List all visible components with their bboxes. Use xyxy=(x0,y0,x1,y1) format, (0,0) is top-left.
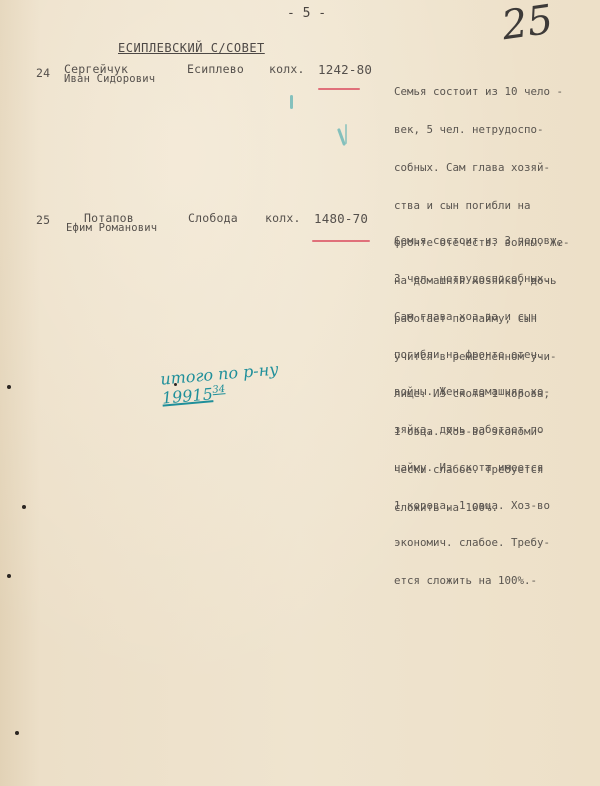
section-heading: ЕСИПЛЕВСКИЙ С/СОВЕТ xyxy=(118,41,265,55)
paper-speck xyxy=(15,731,19,735)
entry-village: Есиплево xyxy=(187,62,244,76)
entry-farm-type: колх. xyxy=(269,62,305,76)
entry-number: 25 xyxy=(36,213,50,227)
red-underline xyxy=(318,88,360,90)
entry-name-patronymic: Иван Сидорович xyxy=(64,73,155,85)
red-underline xyxy=(312,240,370,242)
entry-number: 24 xyxy=(36,66,50,80)
entry-farm-type: колх. xyxy=(265,211,301,225)
page-number: - 5 - xyxy=(287,6,326,21)
ink-mark xyxy=(290,95,293,109)
paper-speck xyxy=(7,574,11,578)
entry-village: Слобода xyxy=(188,211,238,225)
entry-amount: 1242-80 xyxy=(318,62,372,77)
paper-speck xyxy=(7,385,11,389)
entry-name-patronymic: Ефим Романович xyxy=(66,222,157,234)
handwritten-total: итого по р-ну 1991534 xyxy=(148,341,281,409)
ink-mark xyxy=(345,124,347,144)
entry-amount: 1480-70 xyxy=(314,211,368,226)
paper-speck xyxy=(22,505,26,509)
handwritten-folio-number: 25 xyxy=(499,0,556,49)
paper-speck xyxy=(174,383,177,386)
total-kopecks: 34 xyxy=(212,384,226,396)
entry-description: Семья состоит из 3 челов., 3 чел. нетруд… xyxy=(394,210,563,613)
